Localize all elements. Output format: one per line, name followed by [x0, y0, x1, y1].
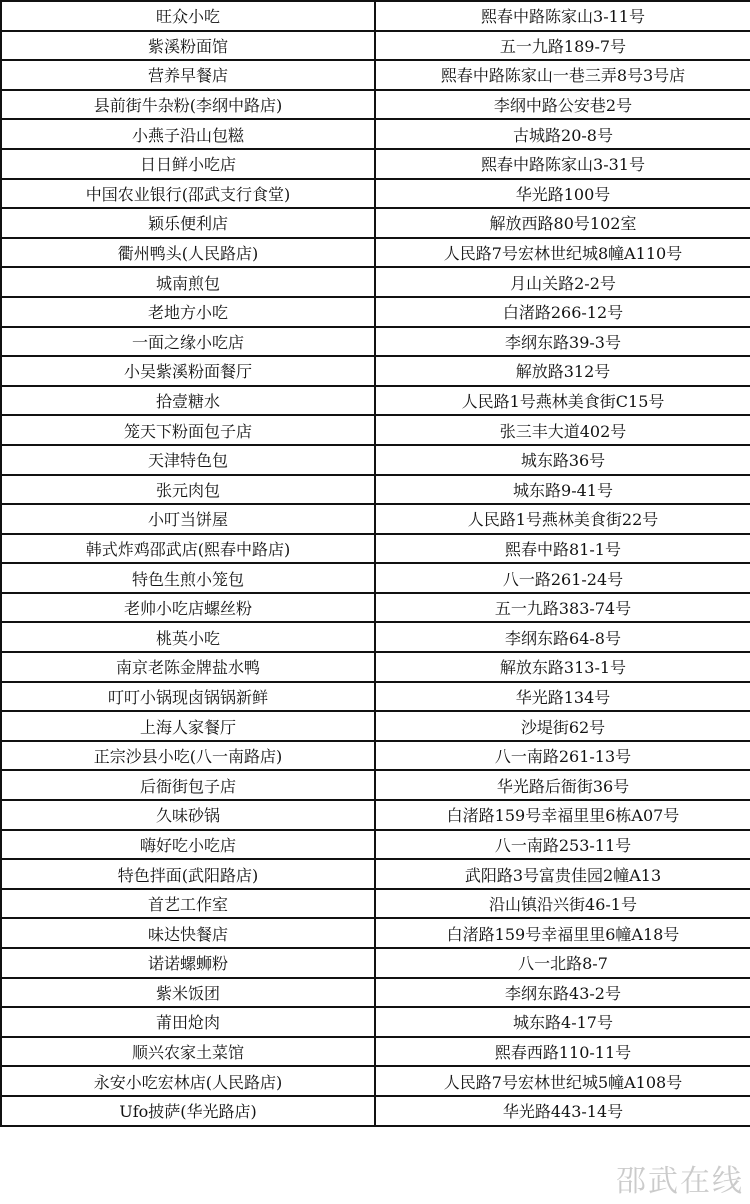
shop-address-cell: 熙春中路陈家山一巷三弄8号3号店	[375, 60, 750, 90]
table-row: 张元肉包城东路9-41号	[1, 475, 750, 505]
shop-name-cell: 张元肉包	[1, 475, 375, 505]
shop-address-table: 旺众小吃熙春中路陈家山3-11号紫溪粉面馆五一九路189-7号营养早餐店熙春中路…	[0, 0, 750, 1127]
shop-name-cell: 南京老陈金牌盐水鸭	[1, 652, 375, 682]
shop-name-cell: 老帅小吃店螺丝粉	[1, 593, 375, 623]
table-row: 味达快餐店白渚路159号幸福里里6幢A18号	[1, 918, 750, 948]
shop-name-cell: 颖乐便利店	[1, 208, 375, 238]
table-row: 城南煎包月山关路2-2号	[1, 267, 750, 297]
watermark-text: 邵武在线	[616, 1156, 744, 1200]
table-row: 韩式炸鸡邵武店(熙春中路店)熙春中路81-1号	[1, 534, 750, 564]
shop-address-cell: 五一九路189-7号	[375, 31, 750, 61]
shop-address-cell: 人民路7号宏林世纪城8幢A110号	[375, 238, 750, 268]
shop-address-cell: 八一北路8-7	[375, 948, 750, 978]
table-row: 后衙街包子店华光路后衙街36号	[1, 770, 750, 800]
shop-address-cell: 沙堤街62号	[375, 711, 750, 741]
shop-name-cell: 紫米饭团	[1, 978, 375, 1008]
shop-address-cell: 武阳路3号富贵佳园2幢A13	[375, 859, 750, 889]
shop-name-cell: 小吴紫溪粉面餐厅	[1, 356, 375, 386]
shop-name-cell: 城南煎包	[1, 267, 375, 297]
shop-name-cell: 叮叮小锅现卤锅锅新鲜	[1, 682, 375, 712]
table-row: 小燕子沿山包糍古城路20-8号	[1, 119, 750, 149]
shop-address-cell: 五一九路383-74号	[375, 593, 750, 623]
table-row: 中国农业银行(邵武支行食堂)华光路100号	[1, 179, 750, 209]
table-row: 紫米饭团李纲东路43-2号	[1, 978, 750, 1008]
shop-address-cell: 华光路100号	[375, 179, 750, 209]
shop-address-cell: 熙春中路81-1号	[375, 534, 750, 564]
shop-address-cell: 月山关路2-2号	[375, 267, 750, 297]
shop-name-cell: 紫溪粉面馆	[1, 31, 375, 61]
shop-name-cell: 特色生煎小笼包	[1, 563, 375, 593]
table-row: 拾壹糖水人民路1号燕林美食街C15号	[1, 386, 750, 416]
table-row: 日日鲜小吃店熙春中路陈家山3-31号	[1, 149, 750, 179]
shop-name-cell: 县前街牛杂粉(李纲中路店)	[1, 90, 375, 120]
shop-name-cell: 笼天下粉面包子店	[1, 415, 375, 445]
shop-address-cell: 熙春西路110-11号	[375, 1037, 750, 1067]
shop-address-cell: 李纲中路公安巷2号	[375, 90, 750, 120]
shop-name-cell: 嗨好吃小吃店	[1, 830, 375, 860]
table-row: 旺众小吃熙春中路陈家山3-11号	[1, 1, 750, 31]
table-row: 诺诺螺蛳粉八一北路8-7	[1, 948, 750, 978]
shop-name-cell: 韩式炸鸡邵武店(熙春中路店)	[1, 534, 375, 564]
shop-address-cell: 人民路1号燕林美食街C15号	[375, 386, 750, 416]
table-row: 一面之缘小吃店李纲东路39-3号	[1, 327, 750, 357]
shop-address-cell: 解放路312号	[375, 356, 750, 386]
shop-name-cell: 日日鲜小吃店	[1, 149, 375, 179]
shop-address-cell: 华光路443-14号	[375, 1096, 750, 1126]
table-row: 笼天下粉面包子店张三丰大道402号	[1, 415, 750, 445]
shop-name-cell: 久味砂锅	[1, 800, 375, 830]
table-row: 顺兴农家土菜馆熙春西路110-11号	[1, 1037, 750, 1067]
shop-name-cell: 特色拌面(武阳路店)	[1, 859, 375, 889]
shop-address-cell: 城东路9-41号	[375, 475, 750, 505]
shop-address-cell: 八一南路261-13号	[375, 741, 750, 771]
shop-address-cell: 解放西路80号102室	[375, 208, 750, 238]
shop-address-cell: 李纲东路64-8号	[375, 622, 750, 652]
shop-address-cell: 解放东路313-1号	[375, 652, 750, 682]
table-row: 衢州鸭头(人民路店)人民路7号宏林世纪城8幢A110号	[1, 238, 750, 268]
table-row: 紫溪粉面馆五一九路189-7号	[1, 31, 750, 61]
table-row: Ufo披萨(华光路店)华光路443-14号	[1, 1096, 750, 1126]
shop-address-cell: 城东路36号	[375, 445, 750, 475]
table-row: 颖乐便利店解放西路80号102室	[1, 208, 750, 238]
shop-name-cell: Ufo披萨(华光路店)	[1, 1096, 375, 1126]
table-row: 天津特色包城东路36号	[1, 445, 750, 475]
table-row: 特色生煎小笼包八一路261-24号	[1, 563, 750, 593]
table-row: 叮叮小锅现卤锅锅新鲜华光路134号	[1, 682, 750, 712]
shop-address-cell: 人民路7号宏林世纪城5幢A108号	[375, 1066, 750, 1096]
shop-address-cell: 人民路1号燕林美食街22号	[375, 504, 750, 534]
shop-address-cell: 古城路20-8号	[375, 119, 750, 149]
shop-address-cell: 华光路134号	[375, 682, 750, 712]
shop-address-cell: 李纲东路43-2号	[375, 978, 750, 1008]
shop-name-cell: 诺诺螺蛳粉	[1, 948, 375, 978]
table-row: 老帅小吃店螺丝粉五一九路383-74号	[1, 593, 750, 623]
shop-name-cell: 小叮当饼屋	[1, 504, 375, 534]
shop-name-cell: 顺兴农家土菜馆	[1, 1037, 375, 1067]
shop-name-cell: 衢州鸭头(人民路店)	[1, 238, 375, 268]
shop-name-cell: 上海人家餐厅	[1, 711, 375, 741]
shop-address-cell: 白渚路159号幸福里里6栋A07号	[375, 800, 750, 830]
table-row: 嗨好吃小吃店八一南路253-11号	[1, 830, 750, 860]
shop-name-cell: 旺众小吃	[1, 1, 375, 31]
shop-name-cell: 老地方小吃	[1, 297, 375, 327]
shop-name-cell: 天津特色包	[1, 445, 375, 475]
shop-name-cell: 营养早餐店	[1, 60, 375, 90]
shop-address-cell: 白渚路266-12号	[375, 297, 750, 327]
shop-address-cell: 熙春中路陈家山3-11号	[375, 1, 750, 31]
table-row: 上海人家餐厅沙堤街62号	[1, 711, 750, 741]
table-row: 小叮当饼屋人民路1号燕林美食街22号	[1, 504, 750, 534]
table-row: 特色拌面(武阳路店)武阳路3号富贵佳园2幢A13	[1, 859, 750, 889]
shop-name-cell: 小燕子沿山包糍	[1, 119, 375, 149]
shop-name-cell: 首艺工作室	[1, 889, 375, 919]
shop-address-cell: 李纲东路39-3号	[375, 327, 750, 357]
table-row: 永安小吃宏林店(人民路店)人民路7号宏林世纪城5幢A108号	[1, 1066, 750, 1096]
table-row: 莆田炝肉城东路4-17号	[1, 1007, 750, 1037]
shop-name-cell: 味达快餐店	[1, 918, 375, 948]
shop-address-cell: 城东路4-17号	[375, 1007, 750, 1037]
shop-address-cell: 沿山镇沿兴街46-1号	[375, 889, 750, 919]
shop-address-cell: 白渚路159号幸福里里6幢A18号	[375, 918, 750, 948]
table-row: 久味砂锅白渚路159号幸福里里6栋A07号	[1, 800, 750, 830]
shop-name-cell: 正宗沙县小吃(八一南路店)	[1, 741, 375, 771]
table-row: 老地方小吃白渚路266-12号	[1, 297, 750, 327]
table-row: 南京老陈金牌盐水鸭解放东路313-1号	[1, 652, 750, 682]
shop-name-cell: 拾壹糖水	[1, 386, 375, 416]
shop-name-cell: 永安小吃宏林店(人民路店)	[1, 1066, 375, 1096]
shop-address-cell: 熙春中路陈家山3-31号	[375, 149, 750, 179]
shop-address-cell: 八一路261-24号	[375, 563, 750, 593]
table-row: 小吴紫溪粉面餐厅解放路312号	[1, 356, 750, 386]
shop-name-cell: 莆田炝肉	[1, 1007, 375, 1037]
table-row: 营养早餐店熙春中路陈家山一巷三弄8号3号店	[1, 60, 750, 90]
shop-address-cell: 八一南路253-11号	[375, 830, 750, 860]
shop-address-cell: 张三丰大道402号	[375, 415, 750, 445]
table-row: 正宗沙县小吃(八一南路店)八一南路261-13号	[1, 741, 750, 771]
table-row: 桃英小吃李纲东路64-8号	[1, 622, 750, 652]
table-row: 首艺工作室沿山镇沿兴街46-1号	[1, 889, 750, 919]
table-row: 县前街牛杂粉(李纲中路店)李纲中路公安巷2号	[1, 90, 750, 120]
shop-name-cell: 一面之缘小吃店	[1, 327, 375, 357]
table-body: 旺众小吃熙春中路陈家山3-11号紫溪粉面馆五一九路189-7号营养早餐店熙春中路…	[1, 1, 750, 1126]
shop-name-cell: 后衙街包子店	[1, 770, 375, 800]
shop-address-cell: 华光路后衙街36号	[375, 770, 750, 800]
shop-name-cell: 中国农业银行(邵武支行食堂)	[1, 179, 375, 209]
shop-name-cell: 桃英小吃	[1, 622, 375, 652]
